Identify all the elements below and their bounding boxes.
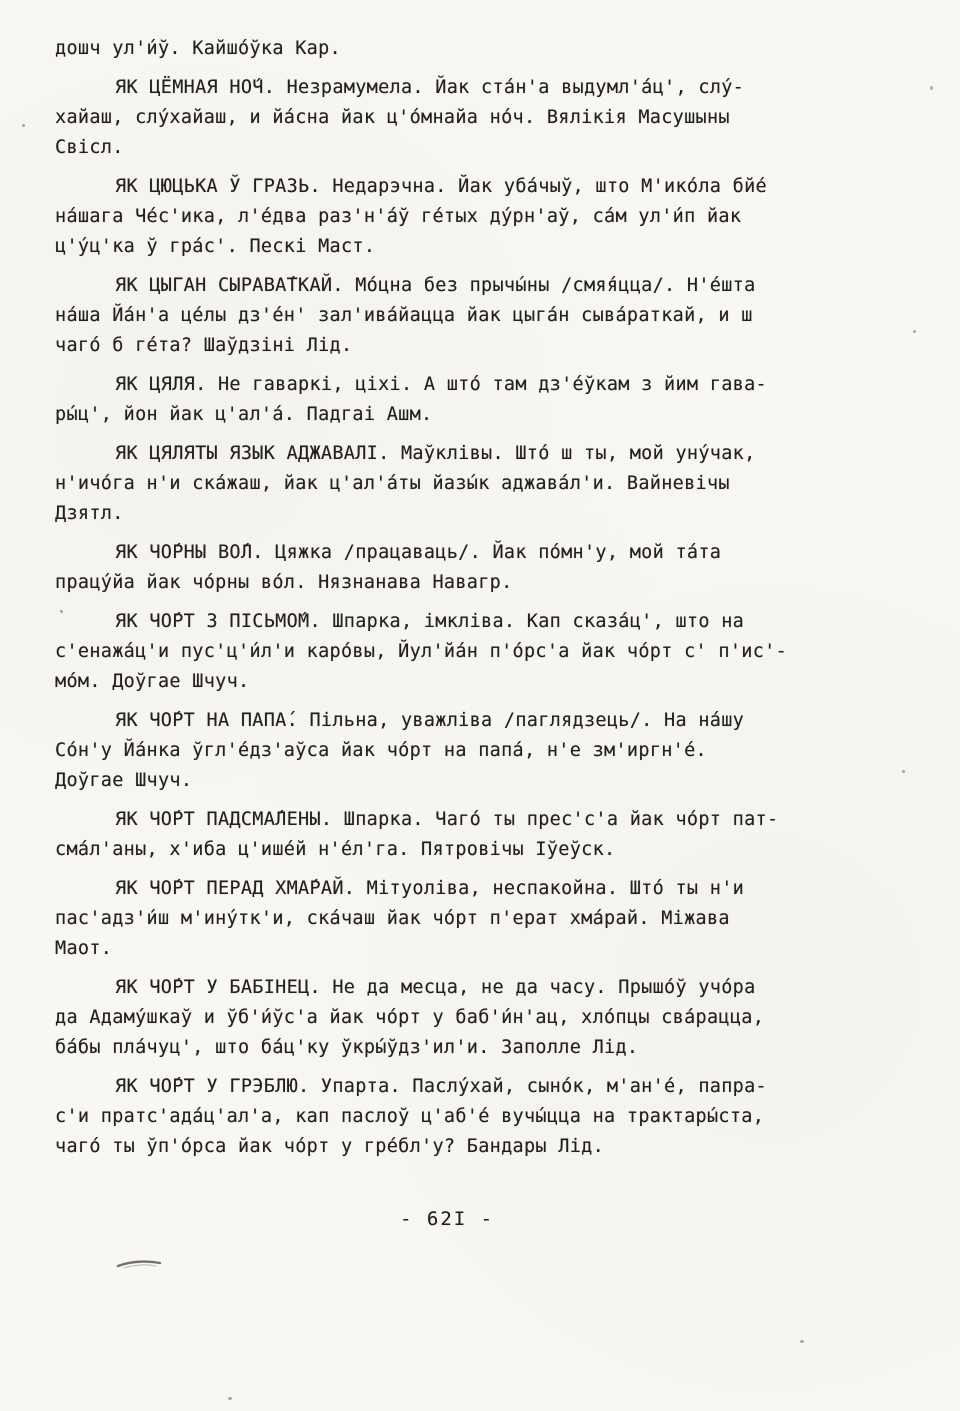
ink-speck xyxy=(60,610,63,613)
ink-speck xyxy=(22,124,25,127)
ink-speck xyxy=(913,330,916,333)
entry-line: хайаш, слу́хайаш, и йа́сна йак ц'о́мнайа… xyxy=(55,103,920,133)
entry-line: ЯК ЦЯЛЯ. Не гаваркі, ціхі. А што́ там дз… xyxy=(55,370,920,400)
entry-line: ЯК ЦЫГАН СЫРАВА́ТКАЙ. Мо́цна без прычы́н… xyxy=(55,271,920,301)
entry-line: ЯК ЧО́РТ З ПІСЬМО́М. Шпарка, імкліва. Ка… xyxy=(55,607,920,637)
entry-yak-chort-z-pismom: ЯК ЧО́РТ З ПІСЬМО́М. Шпарка, імкліва. Ка… xyxy=(55,607,920,697)
entry-yak-chort-u-greblyu: ЯК ЧО́РТ У ГРЭБЛЮ. Упарта. Паслу́хай, сы… xyxy=(55,1072,920,1162)
entry-yak-chort-u-babinets: ЯК ЧО́РТ У БАБІНЕЦ. Не да месца, не да ч… xyxy=(55,973,920,1063)
entry-yak-tsyalyaty-yazyk: ЯК ЦЯЛЯТЫ ЯЗЫК АДЖАВАЛІ. Маўклівы. Што́ … xyxy=(55,439,920,529)
ink-speck xyxy=(800,1340,804,1343)
entry-line: Дзятл. xyxy=(55,499,920,529)
entry-yak-chort-na-papa: ЯК ЧО́РТ НА ПАПА́. Пільна, уважліва /паг… xyxy=(55,706,920,796)
entry-line: н'ичо́га н'и ска́жаш, йак ц'ал'а́ты йазы… xyxy=(55,469,920,499)
entry-line: ЯК ЧО́РТ ПЕРАД ХМА́РАЙ. Мітуоліва, неспа… xyxy=(55,874,920,904)
entry-yak-chort-padsmaleny: ЯК ЧО́РТ ПАДСМА́ЛЕНЫ. Шпарка. Чаго́ ты п… xyxy=(55,805,920,865)
entry-line: ба́бы пла́чуц', што ба́ц'ку ўкры́ўдз'ил'… xyxy=(55,1033,920,1063)
entry-line: мо́м. Доўгае Шчуч. xyxy=(55,667,920,697)
scanned-document-page: дошч ул'и́ў. Кайшо́ўка Кар. ЯК ЦЁМНАЯ НО… xyxy=(0,0,960,1411)
ink-speck xyxy=(930,86,933,90)
entry-line: на́шага Че́с'ика, л'е́два раз'н'а́ў ге́т… xyxy=(55,202,920,232)
entry-line: да Адаму́шкаў и ўб'и́ўс'а йак чо́рт у ба… xyxy=(55,1003,920,1033)
entry-line: ЯК ЧО́РТ НА ПАПА́. Пільна, уважліва /паг… xyxy=(55,706,920,736)
entry-line: с'енажа́ц'и пус'ц'и́л'и каро́вы, Йул'йа́… xyxy=(55,637,920,667)
entry-line: Маот. xyxy=(55,934,920,964)
entry-line: працу́йа йак чо́рны во́л. Нязнанава Нава… xyxy=(55,568,920,598)
entry-line: ЯК ЦЮЦЬКА Ў ГРАЗЬ. Недарэчна. Йак уба́чы… xyxy=(55,172,920,202)
entry-line: ц'у́ц'ка ў гра́с'. Пескі Маст. xyxy=(55,232,920,262)
pen-stroke-mark xyxy=(116,1254,176,1274)
ink-speck xyxy=(902,770,905,773)
ink-speck xyxy=(228,1397,232,1400)
entry-yak-tsyomnaya-noch: ЯК ЦЁМНАЯ НО́Ч. Незрамумела. Йак ста́н'а… xyxy=(55,73,920,163)
entry-line: с'и пратс'ада́ц'ал'а, кап паслоў ц'аб'е́… xyxy=(55,1102,920,1132)
entry-line: ЯК ЦЁМНАЯ НО́Ч. Незрамумела. Йак ста́н'а… xyxy=(55,73,920,103)
entry-yak-tsyutska-u-graz: ЯК ЦЮЦЬКА Ў ГРАЗЬ. Недарэчна. Йак уба́чы… xyxy=(55,172,920,262)
entry-line: ЯК ЦЯЛЯТЫ ЯЗЫК АДЖАВАЛІ. Маўклівы. Што́ … xyxy=(55,439,920,469)
entry-continuation: дошч ул'и́ў. Кайшо́ўка Кар. xyxy=(55,34,920,64)
entry-line: ЯК ЧО́РТ ПАДСМА́ЛЕНЫ. Шпарка. Чаго́ ты п… xyxy=(55,805,920,835)
entry-yak-tsygan-syravatkay: ЯК ЦЫГАН СЫРАВА́ТКАЙ. Мо́цна без прычы́н… xyxy=(55,271,920,361)
entry-line: ЯК ЧО́РТ У ГРЭБЛЮ. Упарта. Паслу́хай, сы… xyxy=(55,1072,920,1102)
entry-yak-chort-perad-khmaray: ЯК ЧО́РТ ПЕРАД ХМА́РАЙ. Мітуоліва, неспа… xyxy=(55,874,920,964)
entry-line: ЯК ЧО́РТ У БАБІНЕЦ. Не да месца, не да ч… xyxy=(55,973,920,1003)
entry-line: Со́н'у Йа́нка ўгл'е́дз'аўса йак чо́рт на… xyxy=(55,736,920,766)
entry-line: на́ша Йа́н'а це́лы дз'е́н' зал'ива́йацца… xyxy=(55,301,920,331)
dictionary-text-block: дошч ул'и́ў. Кайшо́ўка Кар. ЯК ЦЁМНАЯ НО… xyxy=(0,0,960,1230)
entry-yak-tsyalya: ЯК ЦЯЛЯ. Не гаваркі, ціхі. А што́ там дз… xyxy=(55,370,920,430)
entry-line: пас'адз'и́ш м'ину́тк'и, ска́чаш йак чо́р… xyxy=(55,904,920,934)
entry-line: Свісл. xyxy=(55,133,920,163)
entry-line: чаго́ ты ўп'о́рса йак чо́рт у гре́бл'у? … xyxy=(55,1132,920,1162)
entry-line: ры́ц', йон йак ц'ал'а́. Падгаі Ашм. xyxy=(55,400,920,430)
entry-line: дошч ул'и́ў. Кайшо́ўка Кар. xyxy=(55,34,920,64)
entry-line: сма́л'аны, х'иба ц'ише́й н'е́л'га. Пятро… xyxy=(55,835,920,865)
page-number: - 62I - xyxy=(400,1208,920,1230)
entry-line: ЯК ЧО́РНЫ ВО́Л. Цяжка /працаваць/. Йак п… xyxy=(55,538,920,568)
entry-line: Доўгае Шчуч. xyxy=(55,766,920,796)
entry-line: чаго́ б ге́та? Шаўдзіні Лід. xyxy=(55,331,920,361)
entry-yak-chorny-vol: ЯК ЧО́РНЫ ВО́Л. Цяжка /працаваць/. Йак п… xyxy=(55,538,920,598)
